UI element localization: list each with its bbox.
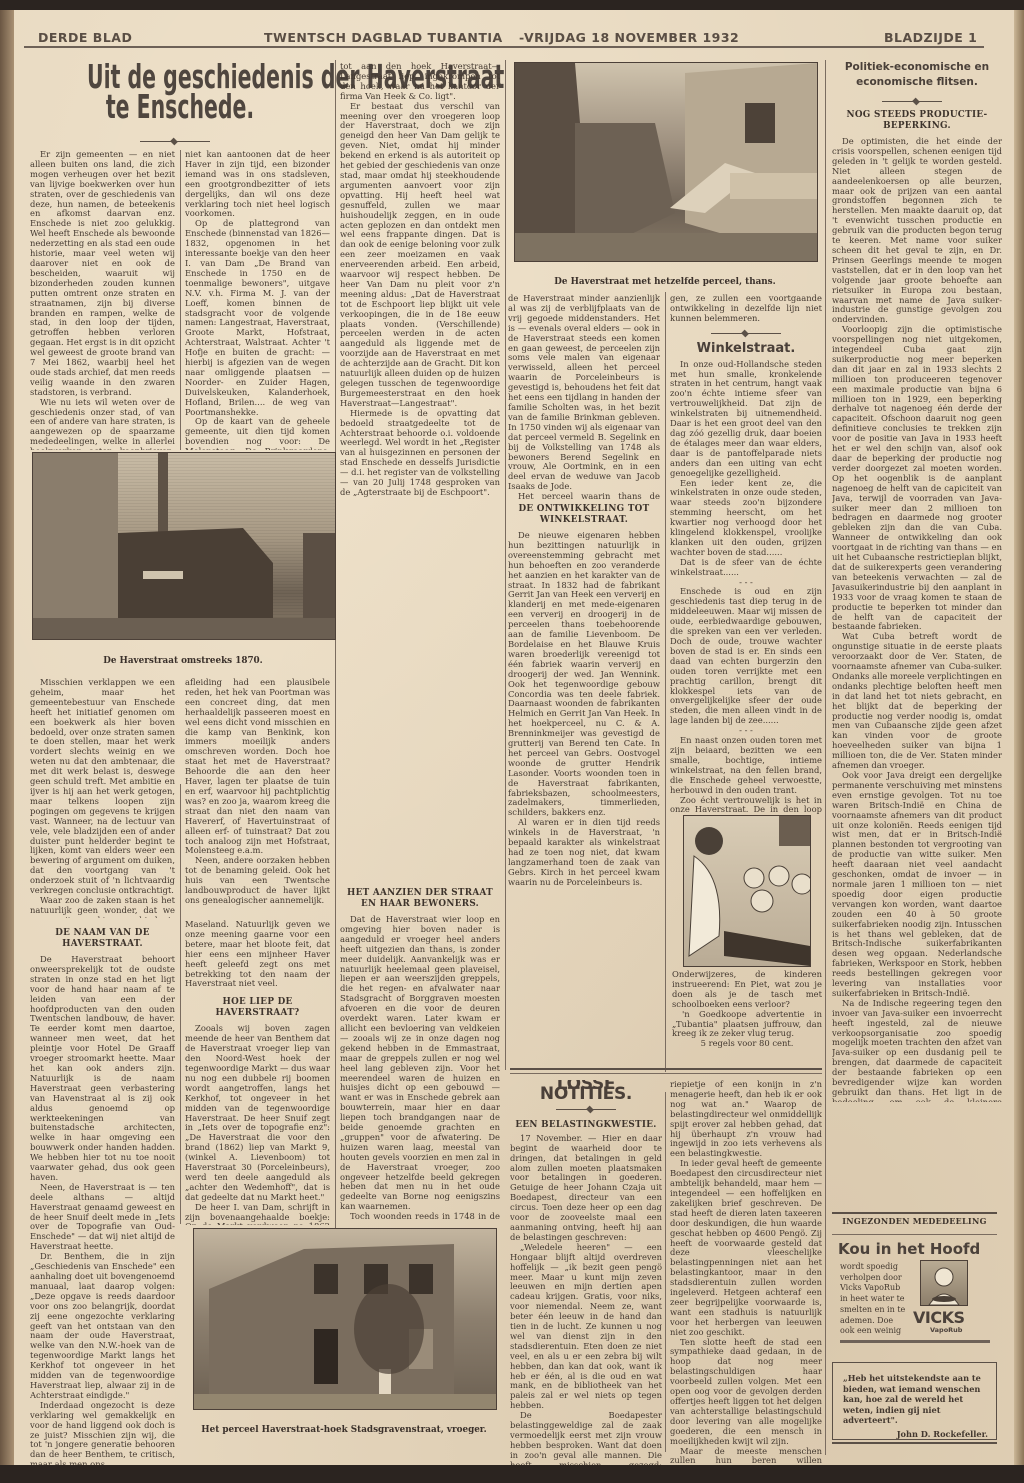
paragraph: 'n Goedkoope advertentie in „Tubantia" p… [672,1010,822,1040]
ornament-divider [711,330,781,338]
paragraph: Wat Cuba betreft wordt de ongunstige sit… [832,632,1002,771]
paragraph: Hiermede is de opvatting dat bedoeld str… [340,409,500,498]
street-scene-icon [515,63,817,261]
paragraph: Zoo écht vertrouwelijk is het in onze Ha… [670,796,822,815]
paragraph: Waar zoo de zaken staan is het natuurlij… [30,896,175,918]
section-heading: DE NAAM VAN DE HAVERSTRAAT. [30,928,175,950]
paragraph: Dr. Benthem, die in zijn „Geschiedenis v… [30,1252,175,1401]
article-col-3: tot aan den hoek Haverstraat—Langestraat… [340,62,500,882]
paragraph: Ook voor Java dreigt een dergelijke perm… [832,771,1002,999]
paragraph: Maar de meeste menschen zullen hun beren… [670,1447,822,1465]
main-headline: Uit de geschiedenis der Haverstraat te E… [87,62,273,122]
column-rule [665,292,666,1072]
ad-body: wordt spoedig verholpen door Vicks VapoR… [840,1262,908,1337]
paragraph: Toch woonden reeds in 1748 in de Haverst… [340,1212,500,1220]
section-heading: NOG STEEDS PRODUCTIE-BEPERKING. [832,110,1002,132]
section-naam: DE NAAM VAN DE HAVERSTRAAT. De Haverstra… [30,920,175,1475]
paragraph: En naast onzen ouden toren met zijn beia… [670,736,822,795]
paragraph: De heer I. van Dam, schrijft in zijn bov… [185,1203,330,1225]
page-edge [1014,10,1024,1465]
section-heading: HET AANZIEN DER STRAAT EN HAAR BEWONERS. [340,888,500,910]
quote-author: John D. Rockefeller. [843,1429,988,1440]
losse-notities-title: LOSSE NOTITIES. [510,1080,662,1100]
ad-brand: VICKS [913,1308,965,1327]
cartoon-illustration [683,815,811,967]
person-inhaling-icon [921,1261,967,1305]
column-rule [505,60,506,1070]
section-heading: Winkelstraat. [670,344,822,354]
quote-box: „Heb het uitstekendste aan te bieden, wa… [832,1362,997,1440]
section-ontwikkeling: DE ONTWIKKELING TOT WINKELSTRAAT. De nie… [508,496,660,1066]
paragraph: Neen, de Haverstraat is — ten deele alth… [30,1183,175,1252]
ad-product: VapoRub [930,1326,962,1334]
book-binding [0,10,14,1465]
photo-caption: De Haverstraat met hetzelfde perceel, th… [514,277,816,287]
article-col-4: de Haverstraat minder aanzienlijk al was… [508,294,660,499]
cartoon-ad-text: Onderwijzeres, de kinderen instrueerend:… [672,970,822,1065]
paragraph: riepietje of een konijn in z'n menagerie… [670,1080,822,1159]
ad-rule [840,1340,990,1343]
quote-text: „Heb het uitstekendste aan te bieden, wa… [843,1373,988,1440]
article-col-1-intro: Er zijn gemeenten — en niet alleen buite… [30,150,175,450]
headline-line-2: te Enschede. [87,92,273,122]
section-heading: DE ONTWIKKELING TOT WINKELSTRAAT. [508,504,660,526]
paragraph: Dat is de sfeer van de échte winkelstraa… [670,558,822,578]
losse-notities-col-2: riepietje of een konijn in z'n menagerie… [670,1080,822,1465]
paragraph: Dat de Haverstraat wier loop en omgeving… [340,915,500,1212]
page-number: BLADZIJDE 1 [884,30,977,45]
section-hoe-liep: Maseland. Natuurlijk geven we onze meeni… [185,920,330,1225]
issue-date: VRIJDAG 18 NOVEMBER 1932 [524,30,739,45]
masthead: DERDE BLAD TWENTSCH DAGBLAD TUBANTIA - V… [24,28,984,48]
paragraph: De Boedapester belastinggeweldige zal de… [510,1411,662,1465]
article-col-5: gen, ze zullen een voortgaande ontwikkel… [670,294,822,814]
paragraph: de Haverstraat minder aanzienlijk al was… [508,294,660,492]
ornament-divider [140,138,210,146]
photo-corner-building [193,1228,497,1410]
article-col-2-intro: niet kan aantoonen dat de heer Haver in … [185,150,330,450]
building-icon [194,1229,496,1409]
paragraph: Wie nu iets wil weten over de geschieden… [30,398,175,450]
quote: „Heb het uitstekendste aan te bieden, wa… [843,1373,988,1426]
paragraph: 17 November. — Hier en daar begint de wa… [510,1134,662,1243]
paragraph: Ten slotte heeft de stad een sympathieke… [670,1338,822,1447]
title-line-1: Politiek-economische en [832,60,1002,75]
ad-rule [832,1234,997,1235]
paragraph: wordt spoedig verholpen door Vicks VapoR… [840,1262,908,1337]
scan-border [0,0,1024,10]
paragraph: tot aan den hoek Haverstraat—Langestraat… [340,62,500,102]
paragraph: Er zijn gemeenten — en niet alleen buite… [30,150,175,398]
paragraph: Inderdaad ongezocht is deze verklaring w… [30,1401,175,1470]
paragraph: Op de plattegrond van Enschede (binnenst… [185,219,330,417]
paragraph: Neen, andere oorzaken hebben tot de bena… [185,856,330,906]
section-rule [510,1068,822,1070]
losse-notities-col-1: LOSSE NOTITIES. EEN BELASTINGKWESTIE. 17… [510,1080,662,1465]
photo-caption: Het perceel Haverstraat-hoek Stadsgraven… [193,1425,495,1435]
paragraph: Onderwijzeres, de kinderen instrueerend:… [672,970,822,1010]
article-col-1-lower: Misschien verklappen we een geheim, maar… [30,678,175,918]
section-rule [510,1073,822,1074]
section-label: DERDE BLAD [38,30,132,45]
paragraph: De optimisten, die het einde der crisis … [832,137,1002,325]
street-scene-icon [33,453,335,639]
paper-name: TWENTSCH DAGBLAD TUBANTIA [264,30,503,45]
paragraph: afleiding had een plausibele reden, het … [185,678,330,856]
paragraph: Er bestaat dus verschil van meening over… [340,102,500,409]
ad-label: INGEZONDEN MEDEDEELING [832,1216,997,1227]
paragraph: Misschien verklappen we een geheim, maar… [30,678,175,896]
paragraph: In onze oud-Hollandsche steden met hun s… [670,360,822,479]
box-rule [832,1442,997,1444]
photo-haverstraat-now [514,62,818,262]
section-heading: HOE LIEP DE HAVERSTRAAT? [185,997,330,1019]
title-line-2: economische flitsen. [832,75,1002,90]
section-heading: EEN BELASTINGKWESTIE. [510,1120,662,1131]
paragraph: Voorloopig zijn die optimistische voorsp… [832,325,1002,632]
section-aanzien: HET AANZIEN DER STRAAT EN HAAR BEWONERS.… [340,880,500,1220]
ad-headline: Kou in het Hoofd [838,1240,998,1258]
paragraph: Een ieder kent ze, die winkelstraten in … [670,479,822,558]
right-column-article: NOG STEEDS PRODUCTIE-BEPERKING. De optim… [832,102,1002,1102]
paragraph: Zooals wij boven zagen meende de heer va… [185,1024,330,1202]
scan-border [0,1465,1024,1483]
paragraph: Maseland. Natuurlijk geven we onze meeni… [185,920,330,989]
paragraph: „Weledele heeren" — een Hongaar blijft a… [510,1243,662,1411]
ornament-divider [556,1106,616,1114]
ad-rule [832,1212,997,1214]
column-rule [335,60,336,1230]
right-column-title: Politiek-economische en economische flit… [832,60,1002,90]
paragraph: niet kan aantoonen dat de heer Haver in … [185,150,330,219]
paragraph: In ieder geval heeft de gemeente Boedape… [670,1159,822,1337]
paragraph: De nieuwe eigenaren hebben hun bezitting… [508,531,660,818]
column-rule [665,1092,666,1452]
paragraph: Op de kaart van de geheele gemeente, uit… [185,417,330,450]
column-rule [180,150,181,450]
classroom-icon [684,816,810,966]
article-col-2-lower: afleiding had een plausibele reden, het … [185,678,330,923]
column-rule [825,60,826,1455]
photo-haverstraat-1870 [32,452,336,640]
paragraph: gen, ze zullen een voortgaande ontwikkel… [670,294,822,324]
column-rule [180,784,181,1224]
ad-price: 5 regels voor 80 cent. [672,1039,822,1049]
paragraph: Na de Indische regeering tegen den invoe… [832,999,1002,1102]
photo-caption: De Haverstraat omstreeks 1870. [32,656,334,666]
paragraph: De Haverstraat behoort onweersprekelijk … [30,955,175,1183]
paragraph: Enschede is oud en zijn geschiedenis tas… [670,587,822,726]
ad-illustration [920,1260,968,1306]
paragraph: Al waren er in dien tijd reeds winkels i… [508,818,660,887]
